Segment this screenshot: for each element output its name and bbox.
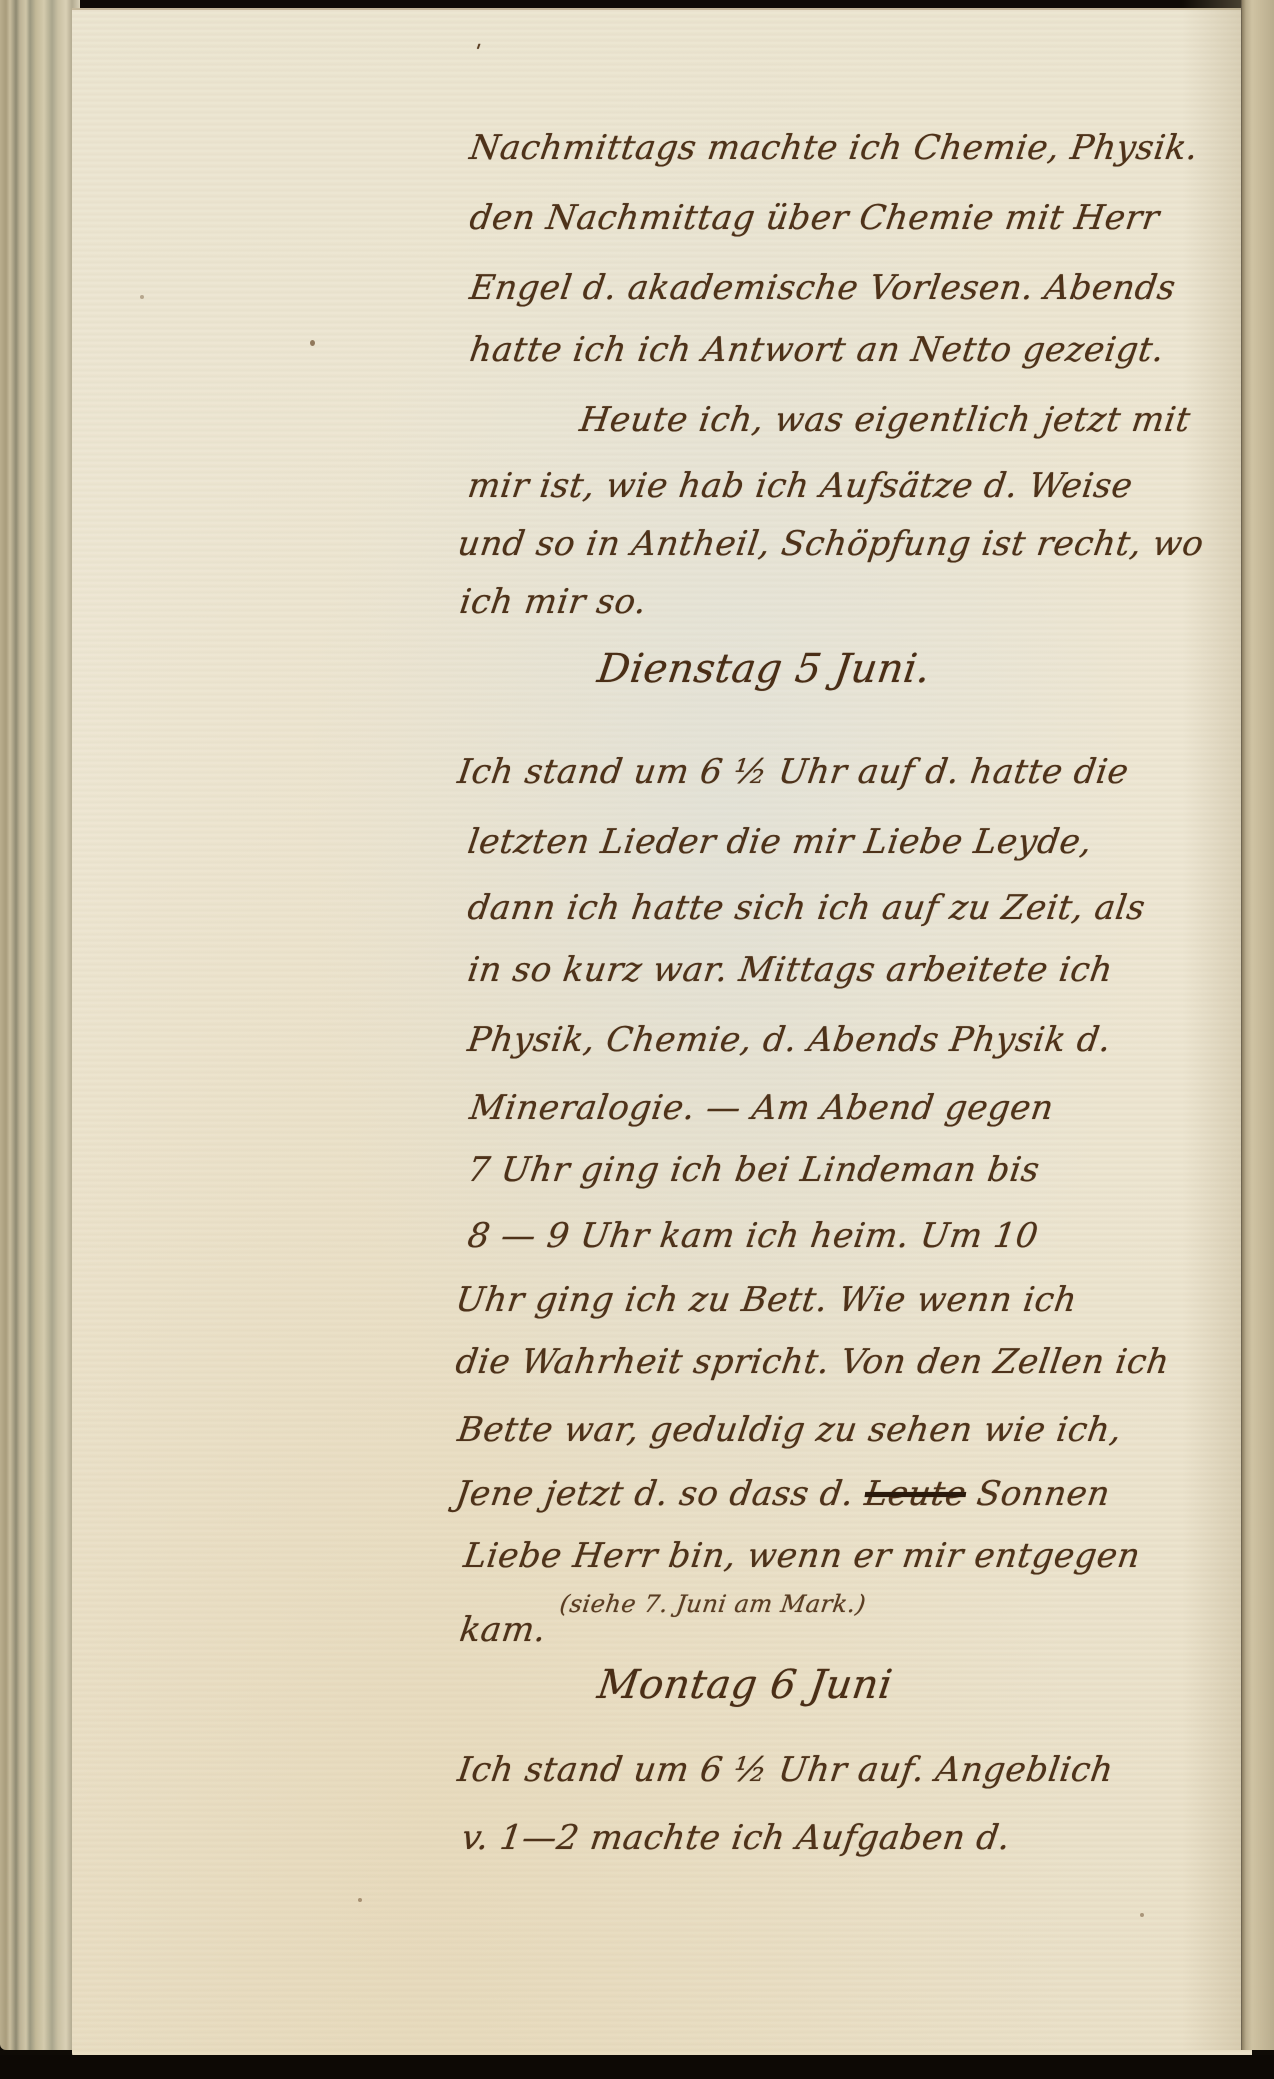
scan-bottom-border	[0, 2055, 1274, 2079]
paper-speck	[140, 295, 144, 299]
text-line: Mineralogie. — Am Abend gegen	[467, 1088, 1056, 1128]
text-line: Ich stand um 6 ½ Uhr auf. Angeblich	[455, 1750, 1116, 1790]
gutter-shadow	[1182, 0, 1242, 2050]
stacked-page-edges	[0, 0, 80, 2050]
interlinear-annotation: (siehe 7. Juni am Mark.)	[558, 1590, 868, 1618]
text-line: hatte ich ich Antwort an Netto gezeigt.	[467, 330, 1167, 370]
entry-date-heading: Montag 6 Juni	[595, 1662, 896, 1708]
text-line: Ich stand um 6 ½ Uhr auf d. hatte die	[455, 752, 1131, 792]
text-line: dann ich hatte sich ich auf zu Zeit, als	[465, 888, 1148, 928]
text-line: 7 Uhr ging ich bei Lindeman bis	[465, 1150, 1042, 1190]
text-line: die Wahrheit spricht. Von den Zellen ich	[453, 1342, 1172, 1382]
text-line: v. 1—2 machte ich Aufgaben d.	[459, 1818, 1013, 1858]
text-line: in so kurz war. Mittags arbeitete ich	[465, 950, 1115, 990]
manuscript-scan: ˈ Nachmittags machte ich Chemie, Physik.…	[0, 0, 1274, 2079]
text-line: Jene jetzt d. so dass d. Leute Sonnen	[453, 1474, 1112, 1514]
paper-speck	[358, 1898, 362, 1902]
struck-word: Leute	[862, 1474, 969, 1514]
entry-date-heading: Dienstag 5 Juni.	[595, 646, 934, 692]
text-line: Physik, Chemie, d. Abends Physik d.	[465, 1020, 1114, 1060]
text-line: ich mir so.	[457, 582, 649, 622]
text-line: den Nachmittag über Chemie mit Herr	[467, 198, 1162, 238]
text-line: Heute ich, was eigentlich jetzt mit	[577, 400, 1193, 440]
paper-speck	[310, 340, 315, 346]
text-line: und so in Antheil, Schöpfung ist recht, …	[455, 524, 1206, 564]
text-line: Bette war, geduldig zu sehen wie ich,	[455, 1410, 1124, 1450]
text-line: Engel d. akademische Vorlesen. Abends	[467, 268, 1178, 308]
text-line: 8 — 9 Uhr kam ich heim. Um 10	[465, 1216, 1041, 1256]
text-line: letzten Lieder die mir Liebe Leyde,	[465, 822, 1094, 862]
book-gutter-spine	[1241, 0, 1274, 2050]
text-line: mir ist, wie hab ich Aufsätze d. Weise	[465, 466, 1135, 506]
text-line-with-strikethrough: Jene jetzt d. so dass d. Leute Sonnen	[453, 1474, 1112, 1514]
text-line: Liebe Herr bin, wenn er mir entgegen	[461, 1536, 1143, 1576]
text-line: kam.	[457, 1610, 549, 1650]
text-line: Nachmittags machte ich Chemie, Physik.	[467, 128, 1201, 168]
paper-speck	[1140, 1913, 1144, 1917]
text-line: Uhr ging ich zu Bett. Wie wenn ich	[453, 1280, 1079, 1320]
